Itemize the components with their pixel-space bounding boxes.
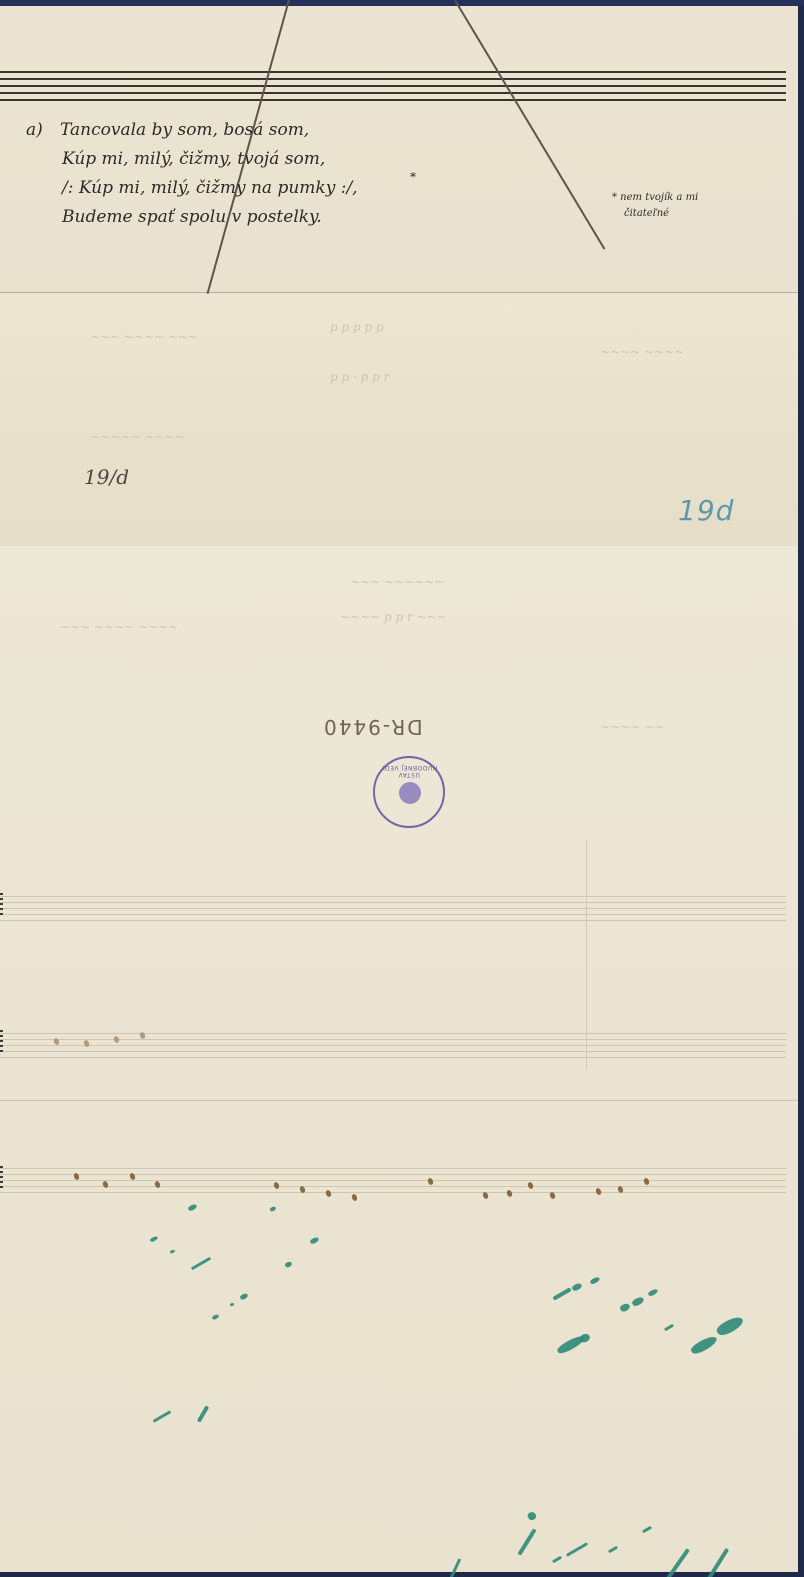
lyric-line-4: Budeme spať spolu v postelky. [26,203,358,232]
bleedthrough-text: ~~~~ ~~ [600,720,664,734]
verse-lyrics: a)Tancovala by som, bosá som, Kúp mi, mi… [26,116,358,232]
lyric-line-3: /: Kúp mi, milý, čižmy na pumky :/, [26,174,358,203]
staff-ticks [0,1030,4,1055]
reversed-signature: DR-9440 [322,715,423,739]
lyric-line-2: Kúp mi, milý, čižmy, tvojá som, [26,145,358,174]
pencil-catalog-number: 19/d [84,465,129,489]
bleedthrough-text: ~~~~ ~~~~ [600,345,684,359]
faint-staff-1 [0,896,786,920]
bleedthrough-text: p p p p p [330,320,384,334]
footnote-line-1: * nem tvojík a mi [612,190,698,206]
music-staff-top [0,71,786,101]
bleedthrough-text: ~~~~ p p r ~~~ [340,610,447,624]
footnote-line-2: čitateľné [612,206,698,222]
bleedthrough-text: p p · p p r [330,370,389,384]
footnote: * nem tvojík a mi čitateľné [612,190,698,222]
staff-ticks [0,893,4,918]
bleedthrough-text: ~~~ ~~~~ ~~~~ [60,620,178,634]
blue-catalog-number: 19d [678,494,734,527]
footnote-marker: * [410,170,416,184]
faint-staff-3 [0,1168,786,1192]
verse-label: a) [26,116,60,145]
stamp-emblem-icon [399,782,421,804]
lyric-line-1: Tancovala by som, bosá som, [60,120,309,140]
stamp-text: ÚSTAV HUDOBNEJ VEDY [379,764,439,778]
archive-stamp: ÚSTAV HUDOBNEJ VEDY [373,756,445,828]
bleedthrough-text: ~~~ ~~~~ ~~~ [90,330,198,344]
scan-top-edge [0,0,804,6]
bleedthrough-text: ~~~~~ ~~~~ [90,430,184,444]
staff-ticks [0,1166,4,1191]
paper-crease [0,1100,798,1101]
bleedthrough-text: ~~~ ~~~~~~ [350,575,444,589]
